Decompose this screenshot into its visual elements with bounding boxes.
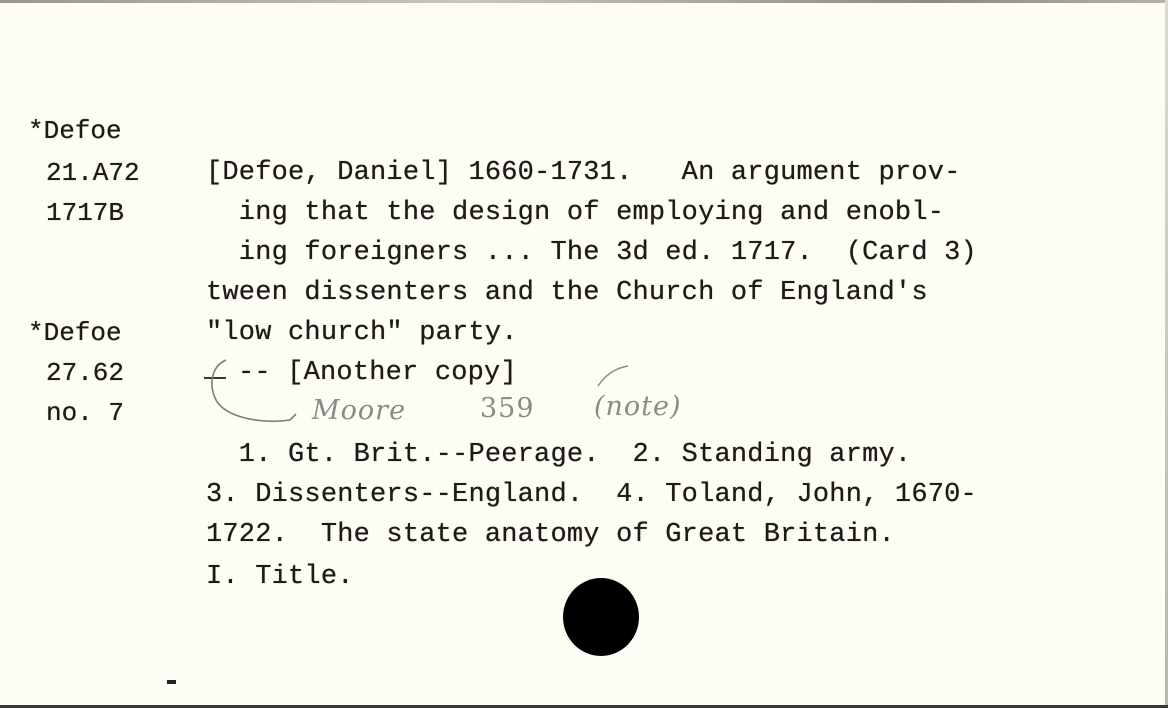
entry-body-line: ing foreigners ... The 3d ed. 1717. (Car… [206, 238, 977, 268]
stray-ink-mark [167, 680, 176, 684]
tracing-line: I. Title. [206, 562, 354, 592]
call-number-line: *Defoe [28, 318, 122, 348]
call-number-line: 21.A72 [46, 158, 140, 188]
tracing-line: 1722. The state anatomy of Great Britain… [206, 520, 895, 550]
entry-heading: [Defoe, Daniel] 1660-1731. An argument p… [206, 158, 961, 188]
handwritten-number: 359 [480, 394, 535, 424]
entry-body-line: ing that the design of employing and eno… [206, 198, 944, 228]
handwritten-source: Moore [312, 396, 406, 426]
handwritten-qualifier: (note) [594, 392, 682, 422]
call-number-line: 1717B [46, 198, 124, 228]
call-number-line: 27.62 [46, 358, 124, 388]
entry-body-line: "low church" party. [206, 318, 518, 348]
tracing-line: 3. Dissenters--England. 4. Toland, John,… [206, 480, 977, 510]
another-copy-note: -- [Another copy] [238, 358, 517, 388]
call-number-line: no. 7 [46, 398, 124, 428]
entry-body-line: tween dissenters and the Church of Engla… [206, 278, 928, 308]
card-punch-hole [563, 578, 639, 656]
tracing-line: 1. Gt. Brit.--Peerage. 2. Standing army. [206, 440, 911, 470]
card-top-edge [0, 0, 1168, 3]
call-number-line: *Defoe [28, 116, 122, 146]
